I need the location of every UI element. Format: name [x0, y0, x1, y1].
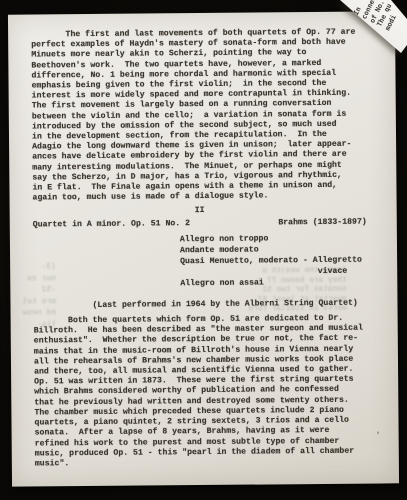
work-title: Quartet in A minor. Op. 51 No. 2 [33, 219, 190, 231]
last-performed-note: (Last performed in 1964 by the Alberni S… [92, 298, 397, 311]
photo-backdrop: The first and last movements of both qua… [0, 0, 407, 500]
program-page: The first and last movements of both qua… [8, 11, 399, 486]
movements-list: Allegro non troppo Andante moderato Quas… [180, 232, 397, 289]
section-numeral: II [33, 205, 367, 218]
overlapping-sheet-corner: In connect of No. The qu modi [320, 0, 407, 62]
stray-mark: ' [376, 431, 381, 440]
work-title-line: Quartet in A minor. Op. 51 No. 2 Brahms … [33, 217, 367, 230]
page-fold-corner: In connect of No. The qu modi [320, 0, 407, 62]
fold-text: In connect of No. The qu modi [352, 0, 404, 32]
composer-name: Brahms (1833-1897) [278, 217, 367, 228]
program-notes-paragraph-2: Both the quartets which form Op. 51 are … [34, 313, 399, 469]
